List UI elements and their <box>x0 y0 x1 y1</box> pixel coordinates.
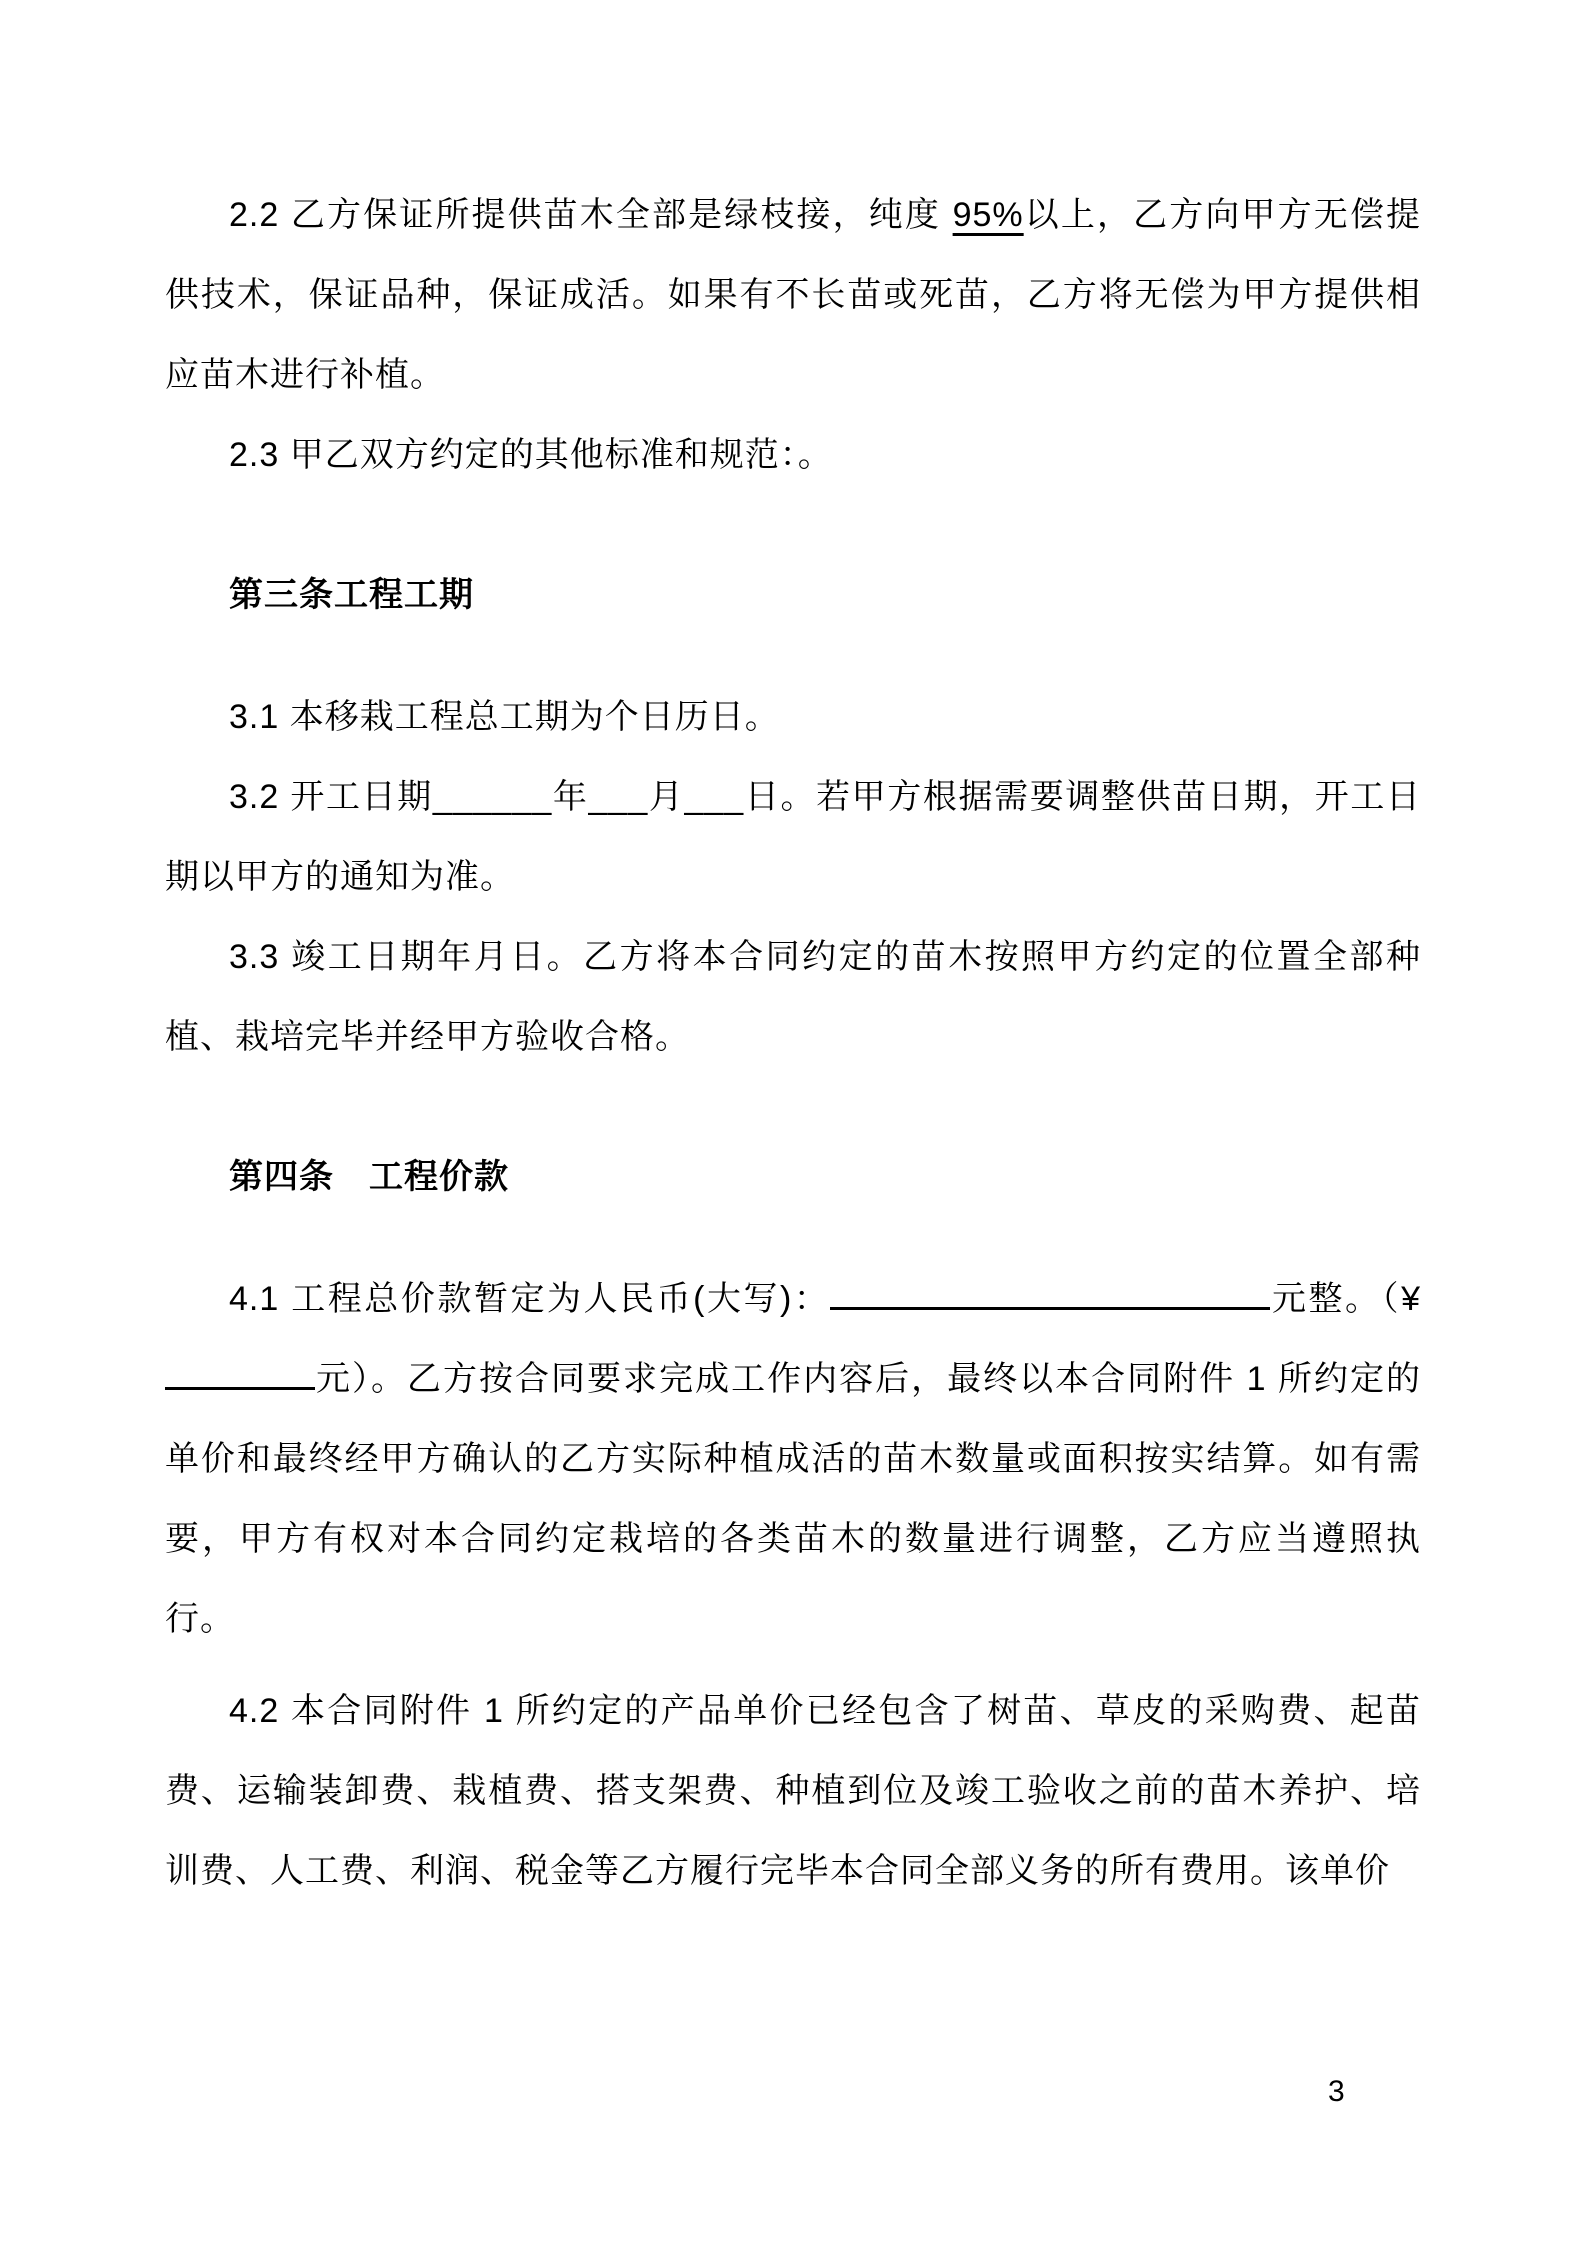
clause-4-1-text-mid: 元整。（¥ <box>1270 1280 1421 1318</box>
clause-3-2: 3.2 开工日期______年___月___日。若甲方根据需要调整供苗日期，开工… <box>165 757 1421 917</box>
clause-4-2: 4.2 本合同附件 1 所约定的产品单价已经包含了树苗、草皮的采购费、起苗费、运… <box>165 1671 1421 1911</box>
clause-3-3: 3.3 竣工日期年月日。乙方将本合同约定的苗木按照甲方约定的位置全部种植、栽培完… <box>165 917 1421 1077</box>
clause-4-1-text-post: 元）。乙方按合同要求完成工作内容后，最终以本合同附件 1 所约定的单价和最终经甲… <box>165 1360 1421 1638</box>
blank-underline-amount-words <box>830 1273 1270 1310</box>
clause-4-1-text-amount-label: 4.1 工程总价款暂定为人民币(大写)： <box>229 1280 830 1318</box>
heading-article-3: 第三条工程工期 <box>165 555 1421 635</box>
clause-2-3: 2.3 甲乙双方约定的其他标准和规范：。 <box>165 415 1421 495</box>
clause-3-1: 3.1 本移栽工程总工期为个日历日。 <box>165 677 1421 757</box>
blank-underline-amount-numeric <box>165 1353 315 1390</box>
clause-2-2: 2.2 乙方保证所提供苗木全部是绿枝接，纯度 95%以上，乙方向甲方无偿提供技术… <box>165 175 1421 415</box>
clause-4-1: 4.1 工程总价款暂定为人民币(大写)：元整。（¥ 元）。乙方按合同要求完成工作… <box>165 1259 1421 1659</box>
page-number: 3 <box>1328 2062 1345 2122</box>
clause-2-2-text-pre: 2.2 乙方保证所提供苗木全部是绿枝接，纯度 <box>229 196 953 234</box>
clause-2-2-underlined-value: 95% <box>953 196 1024 234</box>
heading-article-4: 第四条 工程价款 <box>165 1137 1421 1217</box>
document-page: 2.2 乙方保证所提供苗木全部是绿枝接，纯度 95%以上，乙方向甲方无偿提供技术… <box>0 0 1586 2244</box>
